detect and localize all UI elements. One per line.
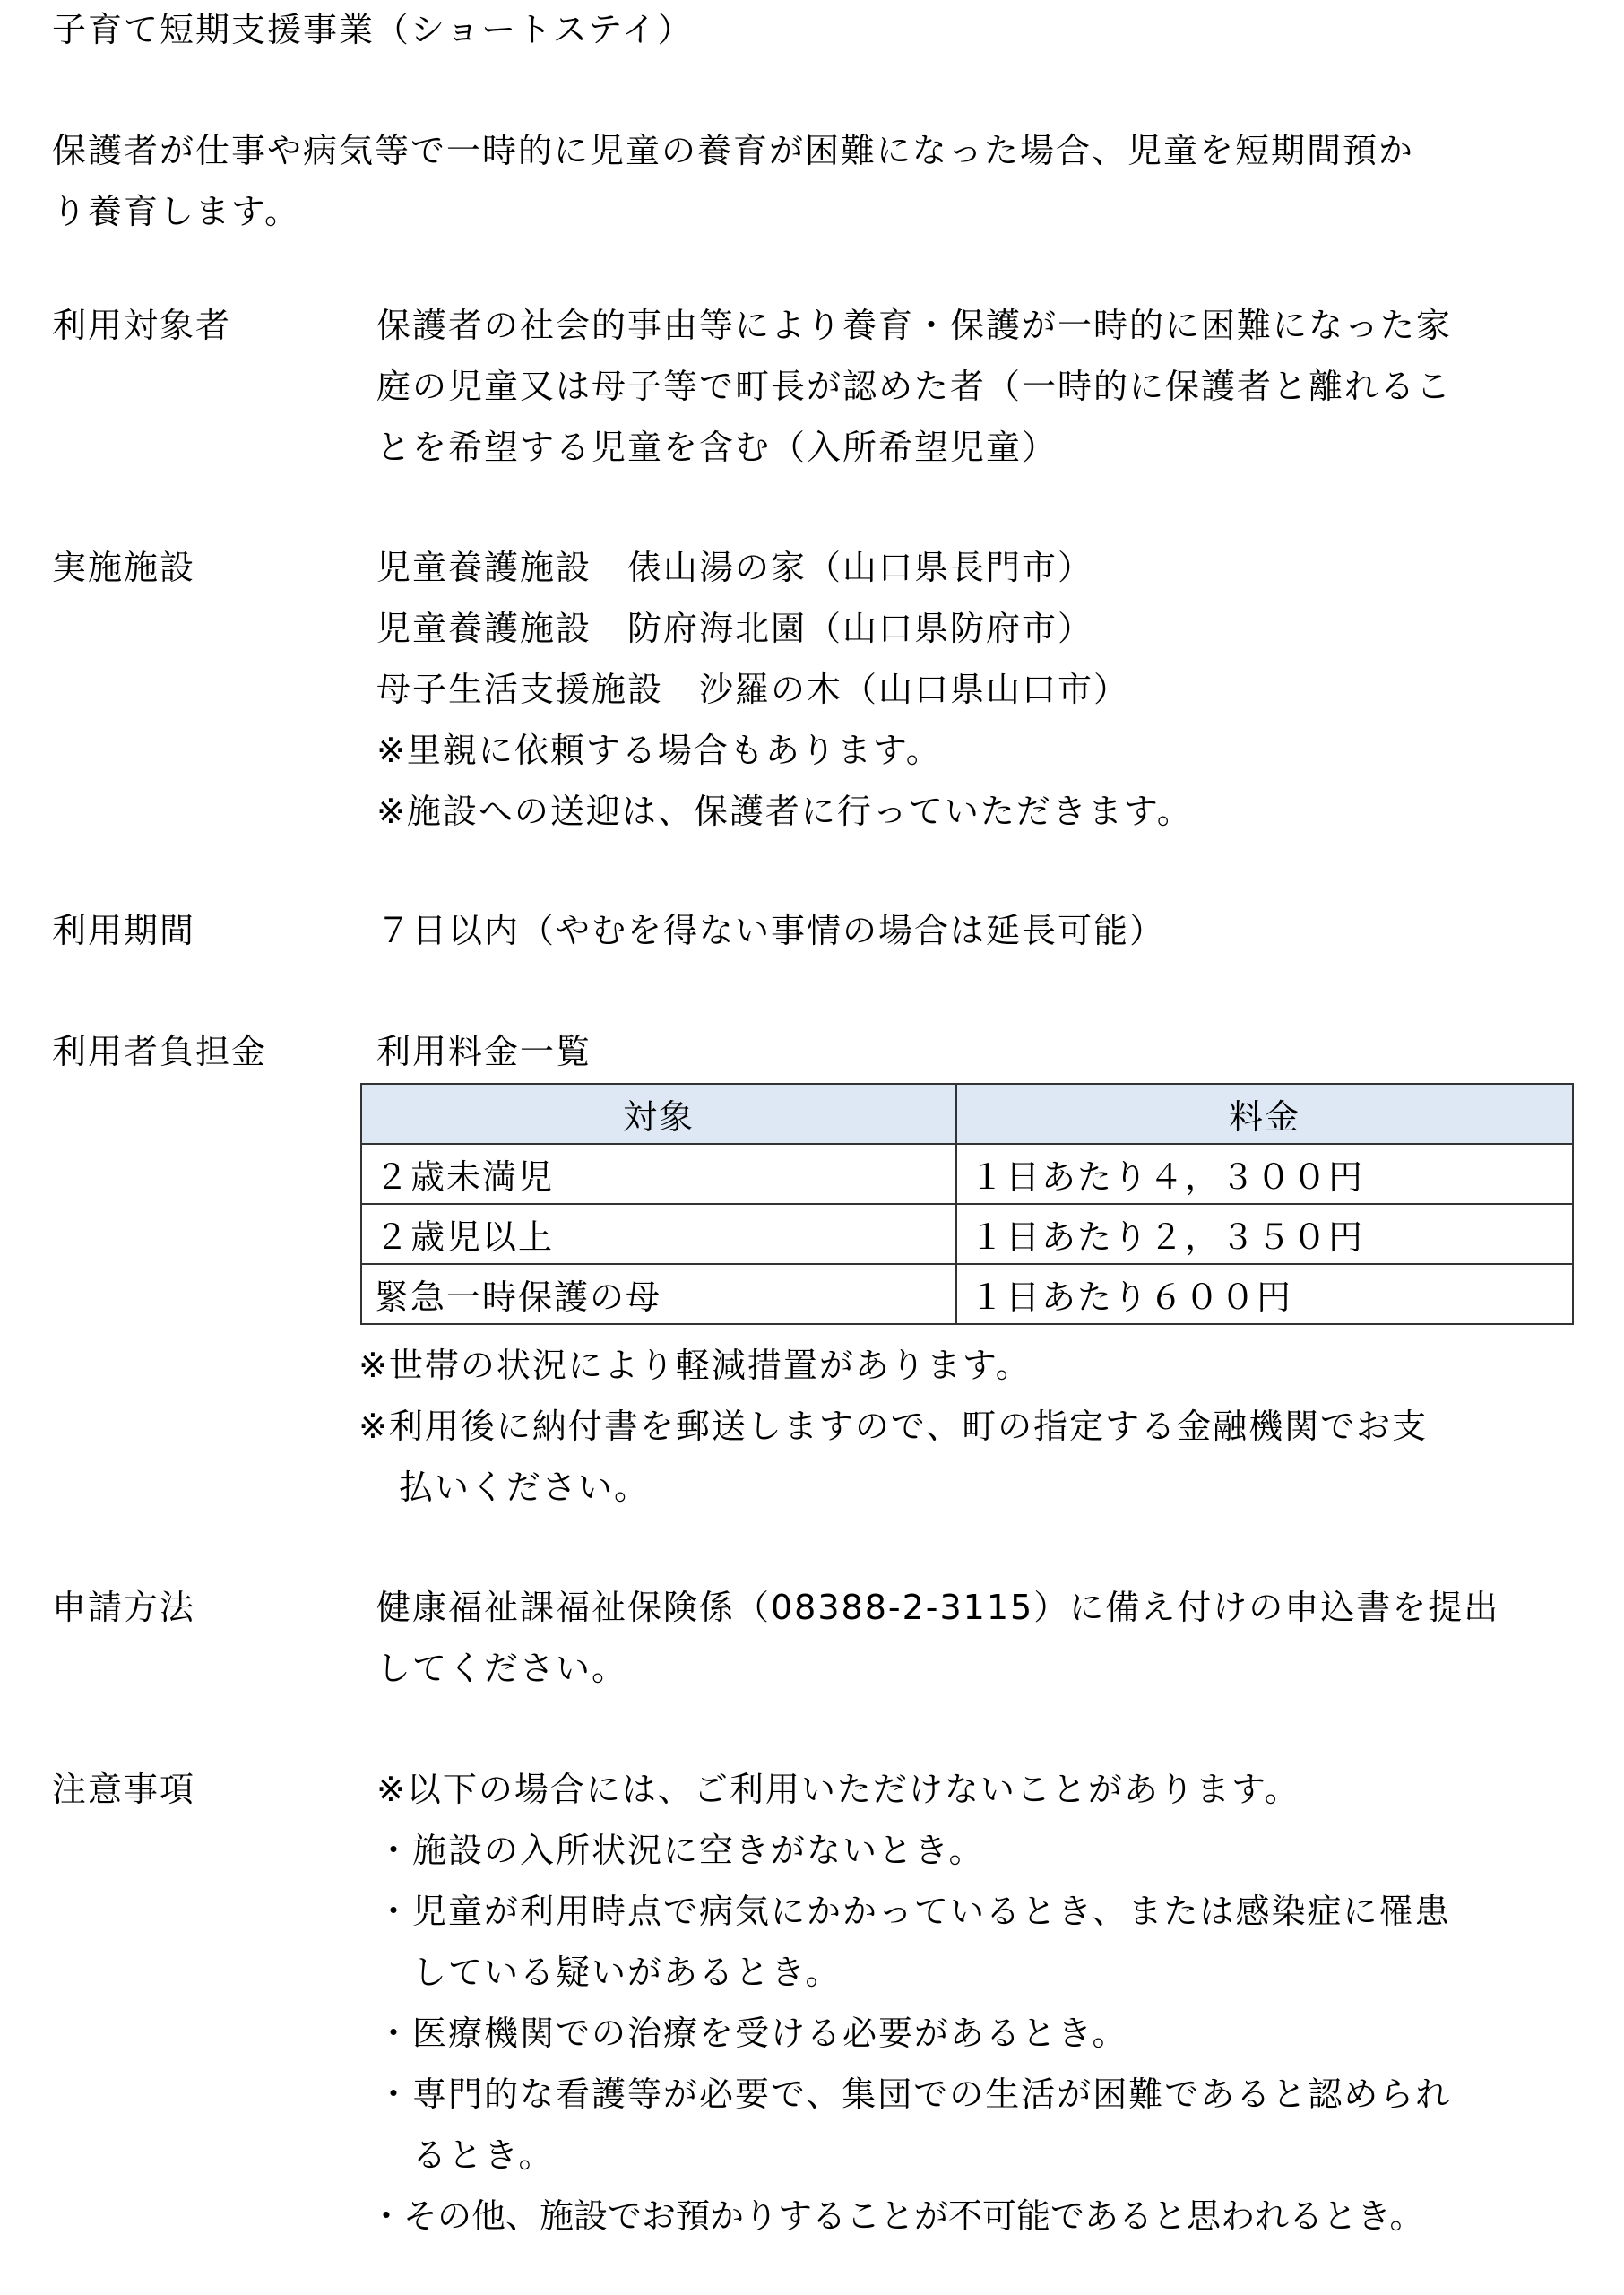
- section-text-line: とを希望する児童を含む（入所希望児童）: [376, 425, 1058, 470]
- caution-item: ・その他、施設でお預かりすることが不可能であると思われるとき。: [369, 2194, 1423, 2239]
- section-text-line: ７日以内（やむを得ない事情の場合は延長可能）: [376, 908, 1165, 953]
- section-label: 注意事項: [52, 1767, 195, 1812]
- column-header-target: 対象: [361, 1084, 956, 1144]
- cell-target: ２歳未満児: [361, 1144, 956, 1204]
- table-row: 緊急一時保護の母 １日あたり６００円: [361, 1264, 1573, 1324]
- caution-item: ・施設の入所状況に空きがないとき。: [376, 1828, 984, 1873]
- caution-item-continuation: るとき。: [412, 2133, 554, 2178]
- section-label: 利用対象者: [52, 303, 231, 348]
- page-title: 子育て短期支援事業（ショートステイ）: [52, 7, 693, 52]
- section-label: 利用者負担金: [52, 1029, 267, 1074]
- intro-line-1: 保護者が仕事や病気等で一時的に児童の養育が困難になった場合、児童を短期間預か: [52, 128, 1414, 173]
- facility-item: 児童養護施設 俵山湯の家（山口県長門市）: [376, 545, 1093, 590]
- facility-note: ※里親に依頼する場合もあります。: [376, 728, 942, 773]
- caution-item-continuation: している疑いがあるとき。: [412, 1950, 841, 1995]
- intro-line-2: り養育します。: [52, 189, 300, 234]
- facility-item: 児童養護施設 防府海北園（山口県防府市）: [376, 606, 1093, 651]
- facility-item: 母子生活支援施設 沙羅の木（山口県山口市）: [376, 667, 1129, 712]
- table-header-row: 対象 料金: [361, 1084, 1573, 1144]
- section-label: 申請方法: [52, 1585, 195, 1630]
- table-caption: 利用料金一覧: [376, 1029, 592, 1074]
- table-row: ２歳児以上 １日あたり２，３５０円: [361, 1204, 1573, 1264]
- fee-table: 対象 料金 ２歳未満児 １日あたり４，３００円 ２歳児以上 １日あたり２，３５０…: [360, 1083, 1574, 1325]
- cell-fee: １日あたり２，３５０円: [956, 1204, 1573, 1264]
- table-row: ２歳未満児 １日あたり４，３００円: [361, 1144, 1573, 1204]
- section-label: 利用期間: [52, 908, 195, 953]
- section-text-line: 健康福祉課福祉保険係（08388-2-3115）に備え付けの申込書を提出: [376, 1585, 1499, 1630]
- cell-target: ２歳児以上: [361, 1204, 956, 1264]
- fee-note: ※世帯の状況により軽減措置があります。: [358, 1343, 1032, 1388]
- fee-note: ※利用後に納付書を郵送しますので、町の指定する金融機関でお支: [358, 1404, 1428, 1449]
- fee-note: 払いください。: [399, 1465, 650, 1510]
- cell-fee: １日あたり４，３００円: [956, 1144, 1573, 1204]
- cell-fee: １日あたり６００円: [956, 1264, 1573, 1324]
- caution-intro: ※以下の場合には、ご利用いただけないことがあります。: [376, 1767, 1300, 1812]
- section-text-line: 庭の児童又は母子等で町長が認めた者（一時的に保護者と離れるこ: [376, 364, 1452, 409]
- column-header-fee: 料金: [956, 1084, 1573, 1144]
- section-text-line: してください。: [376, 1646, 627, 1691]
- cell-target: 緊急一時保護の母: [361, 1264, 956, 1324]
- facility-note: ※施設への送迎は、保護者に行っていただきます。: [376, 789, 1193, 834]
- section-text-line: 保護者の社会的事由等により養育・保護が一時的に困難になった家: [376, 303, 1452, 348]
- caution-item: ・専門的な看護等が必要で、集団での生活が困難であると認められ: [376, 2072, 1451, 2117]
- section-label: 実施施設: [52, 545, 195, 590]
- caution-item: ・児童が利用時点で病気にかかっているとき、または感染症に罹患: [376, 1889, 1450, 1934]
- caution-item: ・医療機関での治療を受ける必要があるとき。: [376, 2011, 1127, 2056]
